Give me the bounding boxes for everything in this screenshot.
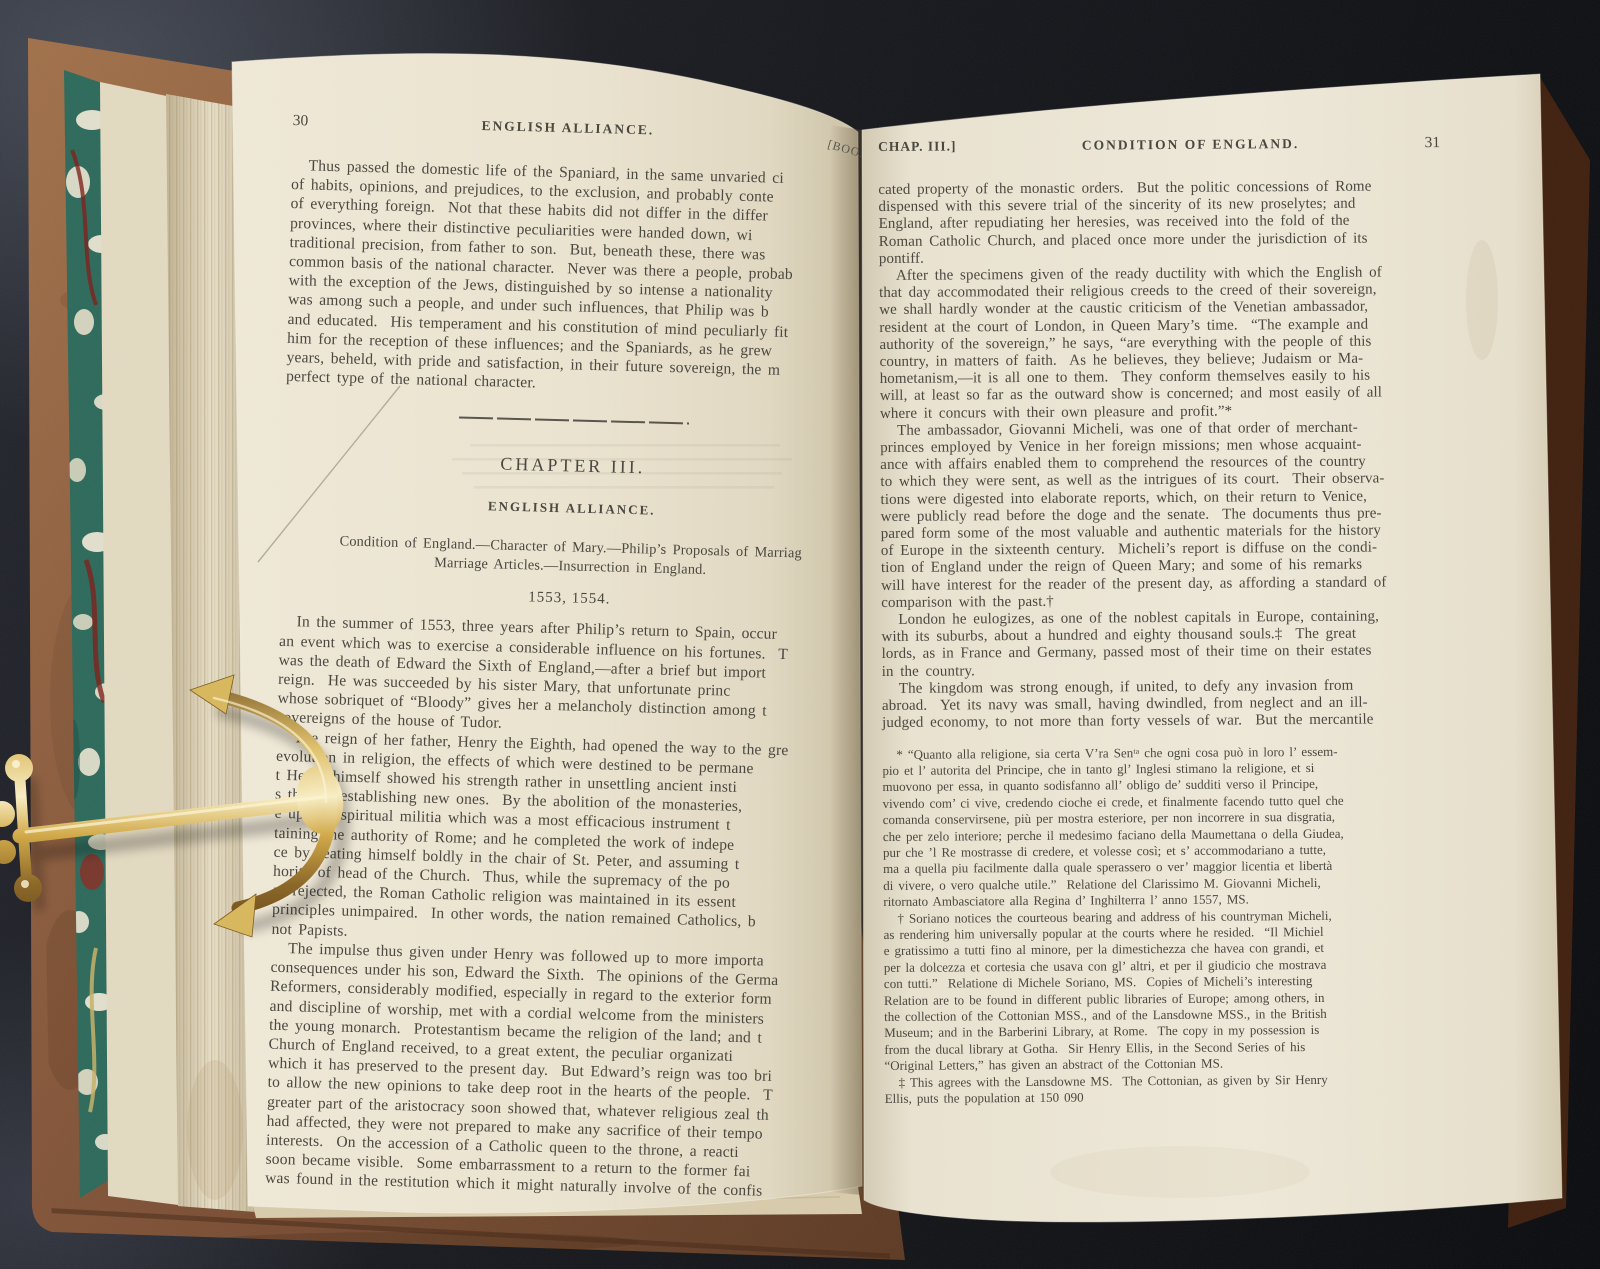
paragraph: The ambassador, Giovanni Micheli, was on… <box>880 419 1473 612</box>
footnote: ‡ This agrees with the Lansdowne MS. The… <box>885 1070 1477 1107</box>
paragraph: The kingdom was strong enough, if united… <box>882 677 1474 733</box>
page-number-right: 31 <box>1424 134 1440 152</box>
footnote: † Soriano notices the courteous bearing … <box>883 906 1476 1074</box>
paragraph: The reign of her father, Henry the Eight… <box>271 727 854 953</box>
book-photo: 30 ENGLISH ALLIANCE. [BOOK Thus passed t… <box>0 0 1600 1269</box>
paragraph: cated property of the monastic orders. B… <box>878 178 1471 268</box>
running-title-left: ENGLISH ALLIANCE. <box>308 113 828 143</box>
running-title-right: CONDITION OF ENGLAND. <box>956 135 1424 154</box>
paragraph: London he eulogizes, as one of the noble… <box>881 608 1473 681</box>
text-line: Ellis, puts the population at 150 090 <box>885 1087 1477 1108</box>
section-divider <box>459 417 689 425</box>
paragraph: The impulse thus given under Henry was f… <box>265 939 849 1204</box>
chapter-subtitle: ENGLISH ALLIANCE. <box>283 493 861 524</box>
footnotes: * “Quanto alla religione, sia certa V’ra… <box>882 742 1477 1107</box>
text-line: judged economy, to not more than forty v… <box>882 711 1474 732</box>
page-number-left: 30 <box>293 112 309 130</box>
paragraph: After the specimens given of the ready d… <box>879 264 1472 423</box>
chapter-synopsis: Condition of England.—Character of Mary.… <box>281 531 860 584</box>
right-page-text: CHAP. III.] CONDITION OF ENGLAND. 31 cat… <box>878 134 1477 1108</box>
right-page-header: CHAP. III.] CONDITION OF ENGLAND. 31 <box>878 134 1470 156</box>
chapter-title: CHAPTER III. <box>284 448 861 484</box>
left-page-header: 30 ENGLISH ALLIANCE. [BOOK <box>293 112 861 145</box>
left-page-clip: 30 ENGLISH ALLIANCE. [BOOK Thus passed t… <box>0 0 861 1269</box>
chapter-ref: CHAP. III.] <box>878 138 957 155</box>
book-ref: [BOOK <box>826 137 861 163</box>
paragraph: Thus passed the domestic life of the Spa… <box>286 156 861 401</box>
right-page-clip: CHAP. III.] CONDITION OF ENGLAND. 31 cat… <box>861 0 1565 1269</box>
left-page-text: 30 ENGLISH ALLIANCE. [BOOK Thus passed t… <box>265 112 861 1203</box>
footnote: * “Quanto alla religione, sia certa V’ra… <box>882 742 1475 910</box>
chapter-date: 1553, 1554. <box>280 583 858 615</box>
paragraph: In the summer of 1553, three years after… <box>277 612 858 742</box>
